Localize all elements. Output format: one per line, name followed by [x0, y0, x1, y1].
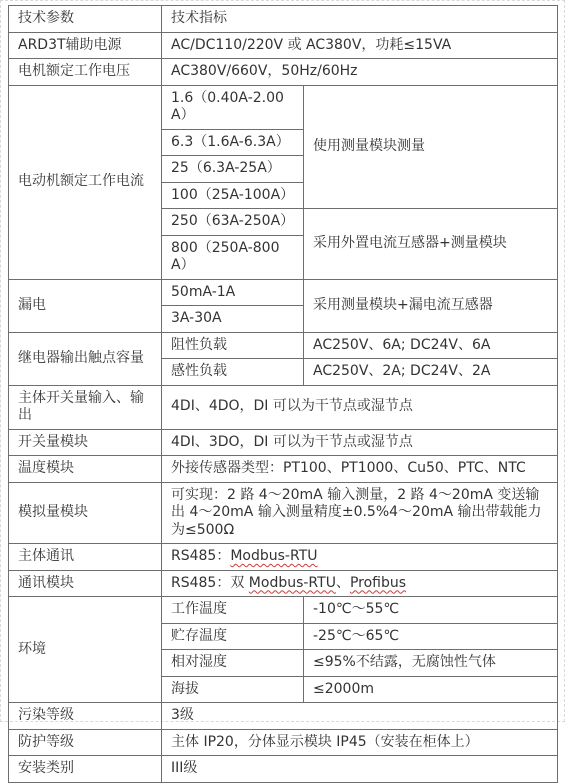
param-label-motor-current: 电动机额定工作电流	[9, 85, 162, 279]
spec-value-pollution: 3级	[162, 703, 558, 730]
spec-value-temp-module: 外接传感器类型：PT100、PT1000、Cu50、PTC、NTC	[162, 456, 558, 483]
comm-prefix: RS485：	[171, 548, 230, 564]
current-range-5: 250（63A-250A）	[162, 209, 304, 236]
table-row-protection: 防护等级 主体 IP20，分体显示模块 IP45（安装在柜体上）	[9, 729, 558, 756]
spec-sheet-page: 技术参数 技术指标 ARD3T辅助电源 AC/DC110/220V 或 AC38…	[0, 0, 565, 722]
spec-value-switch-module: 4DI、3DO，DI 可以为干节点或湿节点	[162, 429, 558, 456]
env-label-storage-temp: 贮存温度	[162, 623, 304, 650]
param-label-switch-module: 开关量模块	[9, 429, 162, 456]
table-row-header: 技术参数 技术指标	[9, 6, 558, 33]
current-range-4: 100（25A-100A）	[162, 182, 304, 209]
measure-method-internal: 使用测量模块测量	[304, 85, 558, 209]
table-row-pollution: 污染等级 3级	[9, 703, 558, 730]
leakage-method: 采用测量模块+漏电流互感器	[304, 279, 558, 332]
spec-value-protection: 主体 IP20，分体显示模块 IP45（安装在柜体上）	[162, 729, 558, 756]
param-label-pollution: 污染等级	[9, 703, 162, 730]
param-label-environment: 环境	[9, 597, 162, 703]
measure-method-external: 采用外置电流互感器+测量模块	[304, 209, 558, 280]
spec-value-main-comm: RS485：Modbus-RTU	[162, 544, 558, 571]
relay-load-resistive: 阻性负载	[162, 332, 304, 359]
spec-value-installation: III级	[162, 756, 558, 783]
comm-module-protocol1-underlined: Modbus-RTU	[249, 575, 336, 591]
table-row-installation: 安装类别 III级	[9, 756, 558, 783]
comm-module-prefix: RS485：双	[171, 575, 249, 591]
current-range-3: 25（6.3A-25A）	[162, 156, 304, 183]
env-value-storage-temp: -25℃～65℃	[304, 623, 558, 650]
param-label-motor-voltage: 电机额定工作电压	[9, 59, 162, 86]
spec-table: 技术参数 技术指标 ARD3T辅助电源 AC/DC110/220V 或 AC38…	[8, 5, 558, 783]
param-label-aux-power: ARD3T辅助电源	[9, 32, 162, 59]
param-label-comm-module: 通讯模块	[9, 570, 162, 597]
table-row-main-dio: 主体开关量输入、输出 4DI、4DO，DI 可以为干节点或湿节点	[9, 385, 558, 429]
param-label-main-comm: 主体通讯	[9, 544, 162, 571]
spec-value-main-dio: 4DI、4DO，DI 可以为干节点或湿节点	[162, 385, 558, 429]
param-label-analog-module: 模拟量模块	[9, 482, 162, 544]
env-label-operating-temp: 工作温度	[162, 597, 304, 624]
table-row-aux-power: ARD3T辅助电源 AC/DC110/220V 或 AC380V，功耗≤15VA	[9, 32, 558, 59]
comm-protocol-underlined: Modbus-RTU	[230, 548, 317, 564]
comm-module-separator: 、	[336, 575, 350, 591]
table-row-motor-current-1: 电动机额定工作电流 1.6（0.40A-2.00A） 使用测量模块测量	[9, 85, 558, 129]
header-param-cell: 技术参数	[9, 6, 162, 33]
param-label-installation: 安装类别	[9, 756, 162, 783]
spec-value-motor-voltage: AC380V/660V，50Hz/60Hz	[162, 59, 558, 86]
env-label-humidity: 相对湿度	[162, 650, 304, 677]
param-label-relay: 继电器输出触点容量	[9, 332, 162, 385]
current-range-6: 800（250A-800A）	[162, 235, 304, 279]
current-range-1: 1.6（0.40A-2.00A）	[162, 85, 304, 129]
param-label-temp-module: 温度模块	[9, 456, 162, 483]
env-value-operating-temp: -10℃～55℃	[304, 597, 558, 624]
relay-rating-inductive: AC250V、2A; DC24V、2A	[304, 359, 558, 386]
table-row-analog-module: 模拟量模块 可实现：2 路 4～20mA 输入测量，2 路 4～20mA 变送输…	[9, 482, 558, 544]
leakage-range-2: 3A-30A	[162, 306, 304, 333]
env-label-altitude: 海拔	[162, 676, 304, 703]
leakage-range-1: 50mA-1A	[162, 279, 304, 306]
table-row-comm-module: 通讯模块 RS485：双 Modbus-RTU、Profibus	[9, 570, 558, 597]
spec-value-aux-power: AC/DC110/220V 或 AC380V，功耗≤15VA	[162, 32, 558, 59]
header-spec-cell: 技术指标	[162, 6, 558, 33]
param-label-leakage: 漏电	[9, 279, 162, 332]
table-row-motor-voltage: 电机额定工作电压 AC380V/660V，50Hz/60Hz	[9, 59, 558, 86]
env-value-humidity: ≤95%不结露，无腐蚀性气体	[304, 650, 558, 677]
param-label-main-dio: 主体开关量输入、输出	[9, 385, 162, 429]
table-row-relay-1: 继电器输出触点容量 阻性负载 AC250V、6A; DC24V、6A	[9, 332, 558, 359]
comm-module-protocol2-underlined: Profibus	[350, 575, 406, 591]
current-range-2: 6.3（1.6A-6.3A）	[162, 129, 304, 156]
env-value-altitude: ≤2000m	[304, 676, 558, 703]
param-label-protection: 防护等级	[9, 729, 162, 756]
spec-value-comm-module: RS485：双 Modbus-RTU、Profibus	[162, 570, 558, 597]
table-row-leakage-1: 漏电 50mA-1A 采用测量模块+漏电流互感器	[9, 279, 558, 306]
table-row-main-comm: 主体通讯 RS485：Modbus-RTU	[9, 544, 558, 571]
relay-load-inductive: 感性负载	[162, 359, 304, 386]
table-row-switch-module: 开关量模块 4DI、3DO，DI 可以为干节点或湿节点	[9, 429, 558, 456]
relay-rating-resistive: AC250V、6A; DC24V、6A	[304, 332, 558, 359]
table-row-env-1: 环境 工作温度 -10℃～55℃	[9, 597, 558, 624]
spec-value-analog-module: 可实现：2 路 4～20mA 输入测量，2 路 4～20mA 变送输出 4～20…	[162, 482, 558, 544]
table-row-temp-module: 温度模块 外接传感器类型：PT100、PT1000、Cu50、PTC、NTC	[9, 456, 558, 483]
